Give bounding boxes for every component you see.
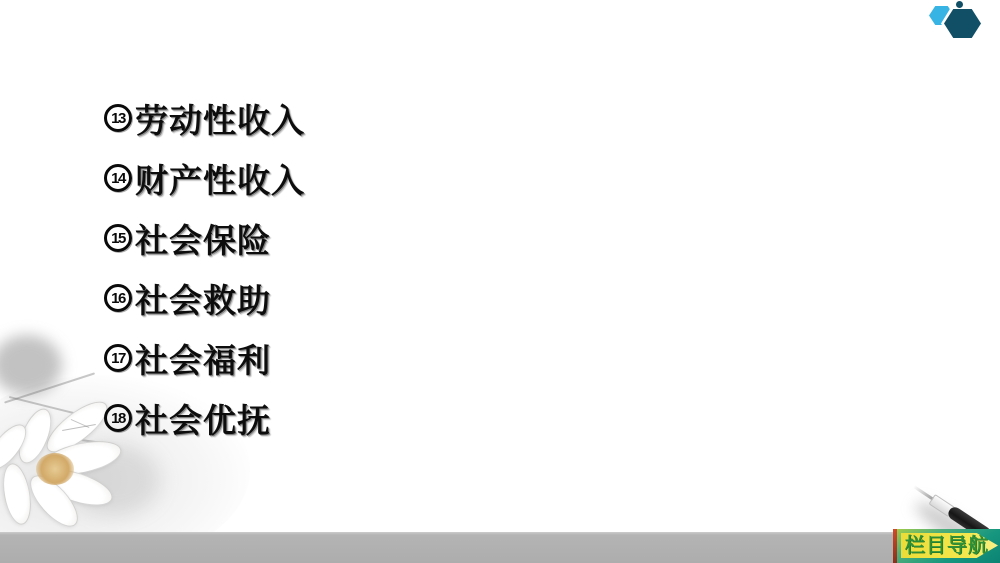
lotus-petal bbox=[12, 404, 58, 468]
footer-bar bbox=[0, 532, 1000, 563]
circled-number-icon: 14 bbox=[104, 164, 132, 192]
list-item: 15 社会保险 bbox=[104, 208, 305, 268]
topic-list: 13 劳动性收入 14 财产性收入 15 社会保险 16 社会救助 17 社会福… bbox=[104, 88, 305, 448]
circled-number-icon: 16 bbox=[104, 284, 132, 312]
circled-number-icon: 15 bbox=[104, 224, 132, 252]
list-item: 16 社会救助 bbox=[104, 268, 305, 328]
foliage-shade bbox=[70, 445, 160, 515]
lotus-petal bbox=[0, 418, 33, 475]
branch-stroke bbox=[52, 415, 104, 448]
leaf-cluster bbox=[0, 335, 62, 395]
item-label: 社会救助 bbox=[135, 275, 271, 322]
list-item: 18 社会优抚 bbox=[104, 388, 305, 448]
list-item: 17 社会福利 bbox=[104, 328, 305, 388]
list-item: 14 财产性收入 bbox=[104, 148, 305, 208]
list-item: 13 劳动性收入 bbox=[104, 88, 305, 148]
branch-stroke bbox=[4, 372, 95, 403]
branch-stroke bbox=[60, 436, 102, 443]
hexagon-dot-icon bbox=[956, 1, 963, 8]
circled-number-icon: 17 bbox=[104, 344, 132, 372]
lotus-center bbox=[36, 453, 74, 485]
lotus-petal bbox=[37, 462, 116, 512]
item-label: 社会福利 bbox=[135, 335, 271, 382]
dragonfly-stroke bbox=[62, 424, 96, 431]
lotus-petal bbox=[22, 468, 86, 534]
circled-number-icon: 13 bbox=[104, 104, 132, 132]
nav-plate[interactable]: 栏目导航 bbox=[893, 529, 1000, 563]
pen-barrel bbox=[928, 494, 955, 517]
pen-tip bbox=[913, 485, 935, 501]
lotus-petal bbox=[0, 461, 35, 527]
dragonfly-stroke bbox=[71, 419, 90, 428]
nav-label: 栏目导航 bbox=[901, 536, 989, 556]
slide-canvas: 13 劳动性收入 14 财产性收入 15 社会保险 16 社会救助 17 社会福… bbox=[0, 0, 1000, 563]
item-label: 社会保险 bbox=[135, 215, 271, 262]
item-label: 劳动性收入 bbox=[135, 95, 305, 142]
item-label: 财产性收入 bbox=[135, 155, 305, 202]
circled-number-icon: 18 bbox=[104, 404, 132, 432]
nav-arrow-button[interactable]: 栏目导航 bbox=[901, 533, 998, 558]
branch-stroke bbox=[9, 396, 82, 416]
item-label: 社会优抚 bbox=[135, 395, 271, 442]
